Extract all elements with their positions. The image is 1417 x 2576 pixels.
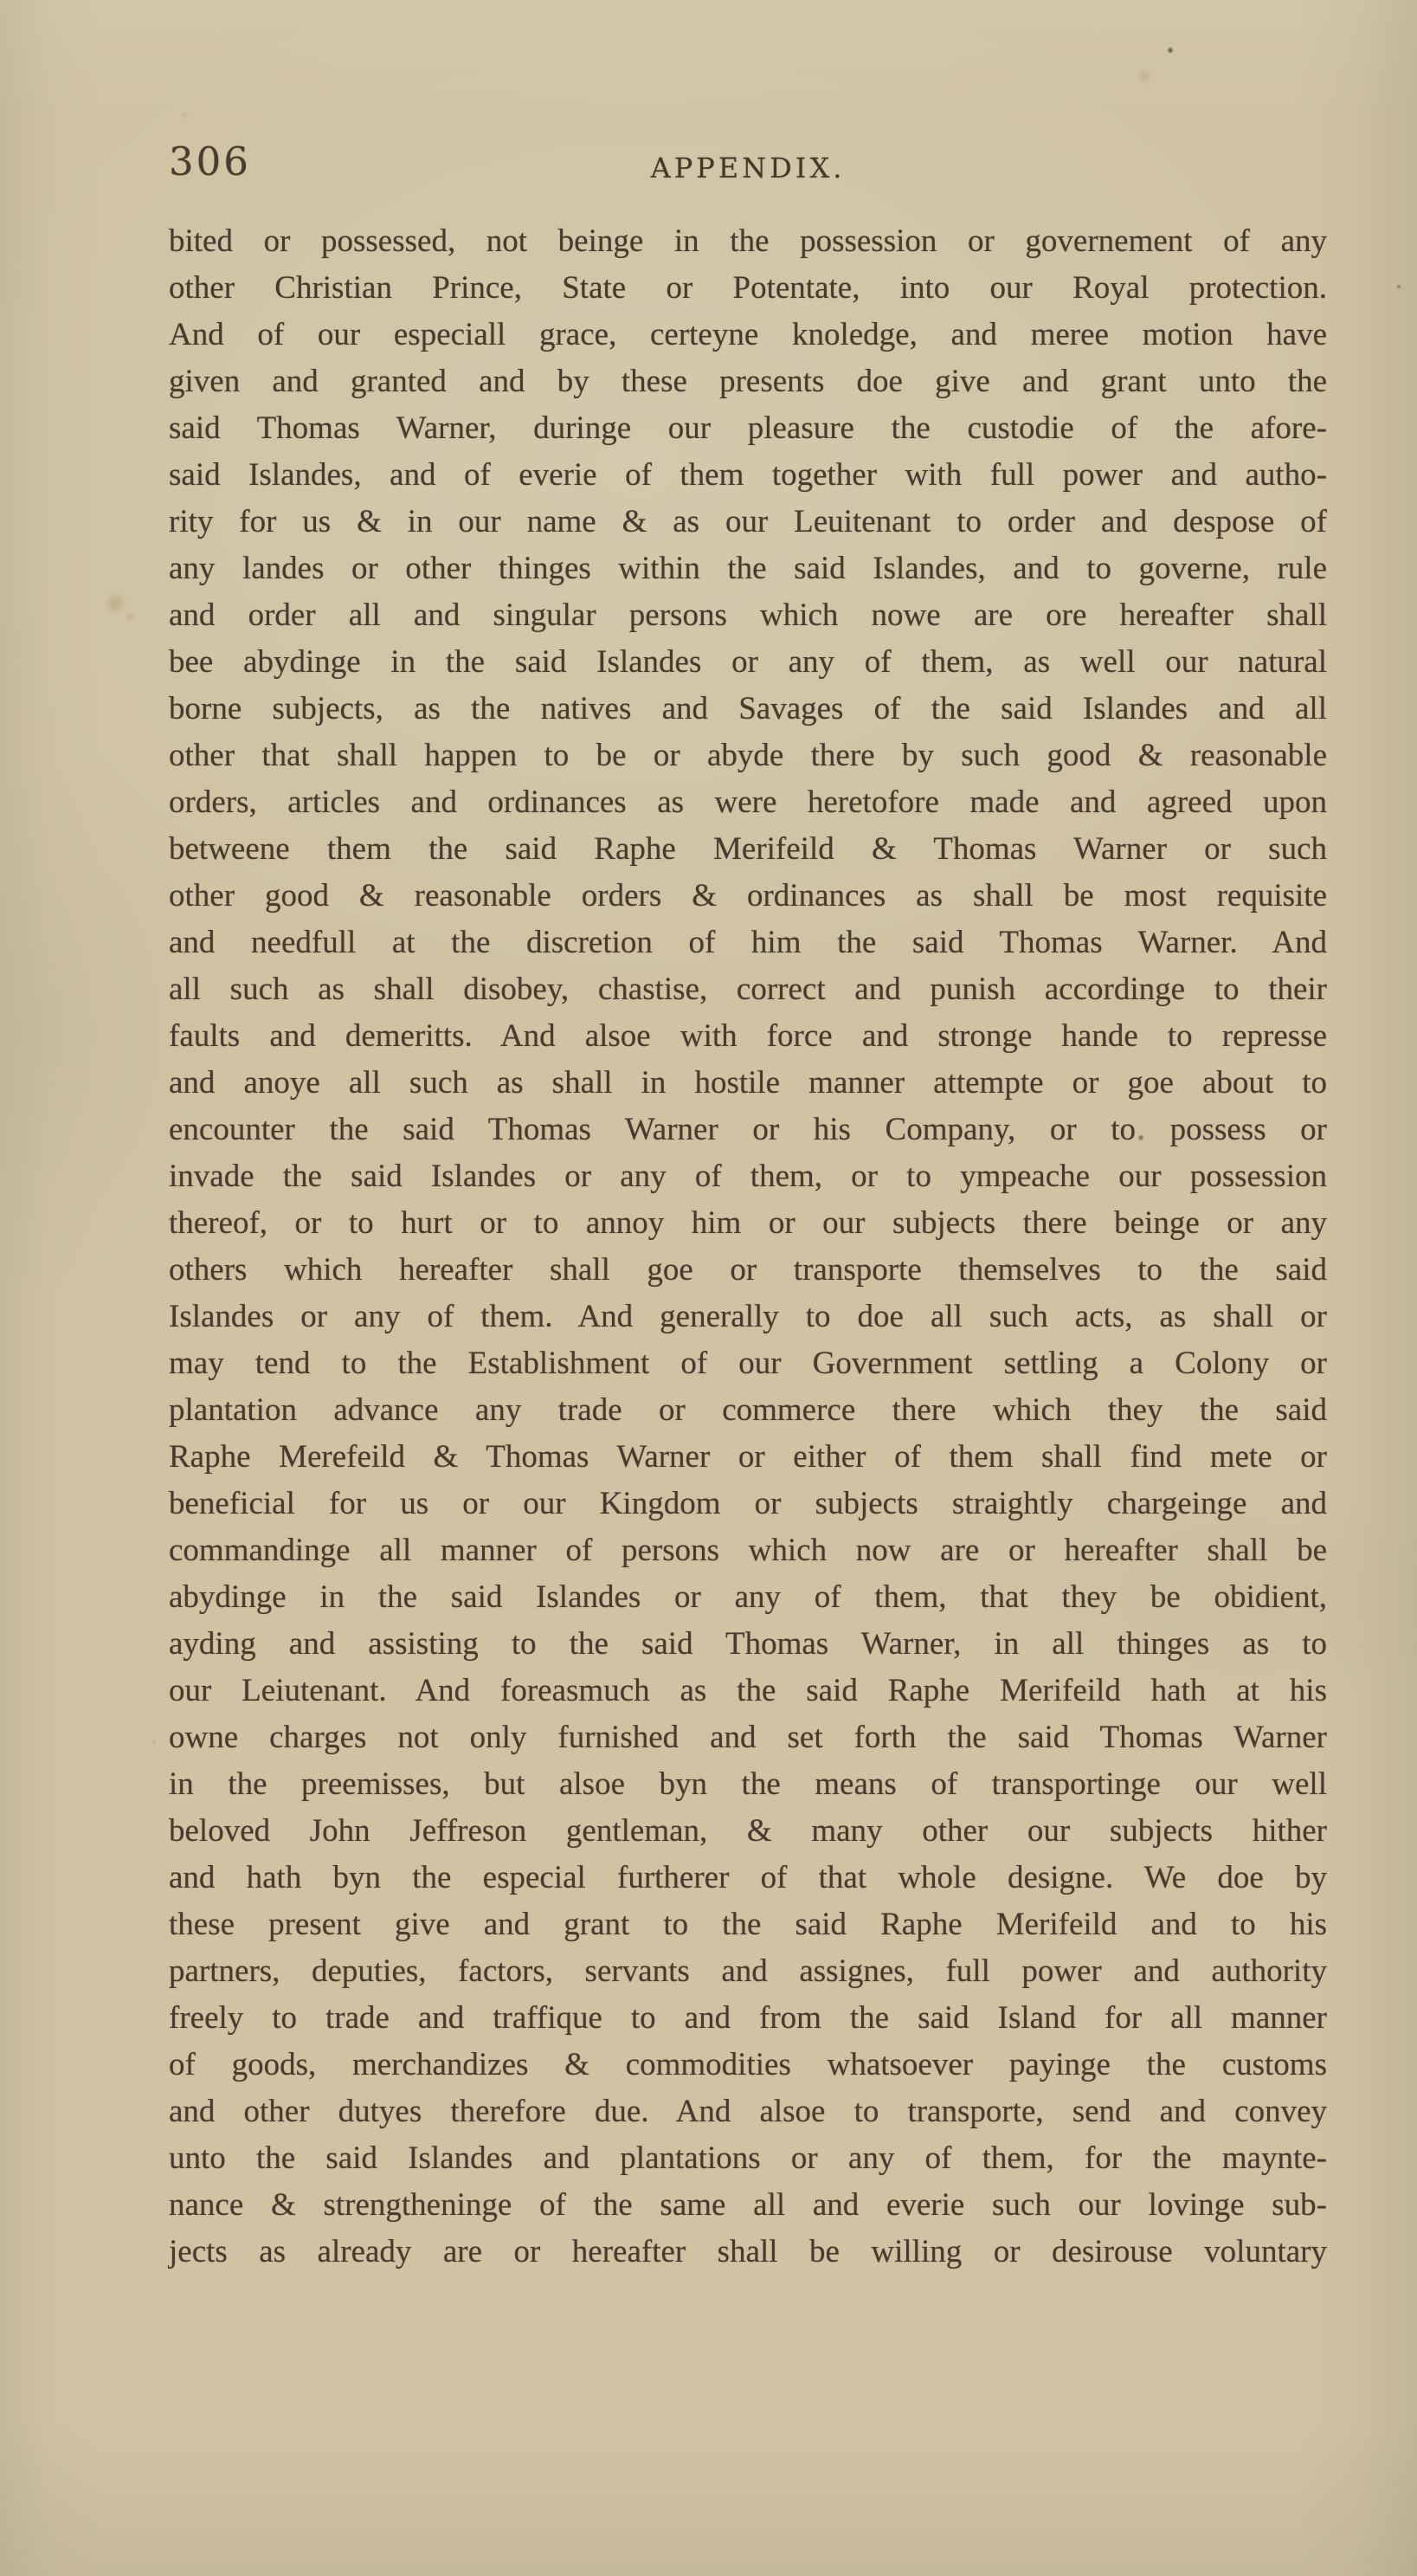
page-header: 306 APPENDIX. bbox=[169, 141, 1327, 193]
text-line: beneficial for us or our Kingdom or subj… bbox=[169, 1481, 1327, 1527]
text-line: other good & reasonable orders & ordinan… bbox=[169, 873, 1327, 920]
text-line: And of our especiall grace, certeyne kno… bbox=[169, 312, 1327, 358]
text-line: bited or possessed, not beinge in the po… bbox=[169, 218, 1327, 265]
text-line: and anoye all such as shall in hostile m… bbox=[169, 1060, 1327, 1107]
text-line: and order all and singular persons which… bbox=[169, 592, 1327, 639]
text-line: partners, deputies, factors, servants an… bbox=[169, 1948, 1327, 1995]
text-line: other that shall happen to be or abyde t… bbox=[169, 733, 1327, 779]
text-line: invade the said Islandes or any of them,… bbox=[169, 1153, 1327, 1200]
text-line: faults and demeritts. And alsoe with for… bbox=[169, 1013, 1327, 1060]
text-line: borne subjects, as the natives and Savag… bbox=[169, 686, 1327, 733]
text-line: orders, articles and ordinances as were … bbox=[169, 779, 1327, 826]
text-line: and hath byn the especial furtherer of t… bbox=[169, 1855, 1327, 1901]
text-line: unto the said Islandes and plantations o… bbox=[169, 2135, 1327, 2182]
text-line: thereof, or to hurt or to annoy him or o… bbox=[169, 1200, 1327, 1247]
text-line: ayding and assisting to the said Thomas … bbox=[169, 1621, 1327, 1668]
text-line: abydinge in the said Islandes or any of … bbox=[169, 1574, 1327, 1621]
text-line: nance & strengtheninge of the same all a… bbox=[169, 2182, 1327, 2229]
text-line: bee abydinge in the said Islandes or any… bbox=[169, 639, 1327, 686]
text-line: beloved John Jeffreson gentleman, & many… bbox=[169, 1808, 1327, 1855]
text-line: may tend to the Establishment of our Gov… bbox=[169, 1340, 1327, 1387]
text-line: in the preemisses, but alsoe byn the mea… bbox=[169, 1761, 1327, 1808]
text-line: betweene them the said Raphe Merifeild &… bbox=[169, 826, 1327, 873]
text-line: our Leiutenant. And foreasmuch as the sa… bbox=[169, 1668, 1327, 1714]
running-header: APPENDIX. bbox=[169, 152, 1327, 184]
text-line: owne charges not only furnished and set … bbox=[169, 1714, 1327, 1761]
text-line: all such as shall disobey, chastise, cor… bbox=[169, 966, 1327, 1013]
text-line: said Thomas Warner, duringe our pleasure… bbox=[169, 405, 1327, 452]
text-line: of goods, merchandizes & commodities wha… bbox=[169, 2042, 1327, 2089]
text-line: freely to trade and traffique to and fro… bbox=[169, 1995, 1327, 2042]
text-line: said Islandes, and of everie of them tog… bbox=[169, 452, 1327, 499]
text-line: these present give and grant to the said… bbox=[169, 1901, 1327, 1948]
text-line: plantation advance any trade or commerce… bbox=[169, 1387, 1327, 1434]
text-line: encounter the said Thomas Warner or his … bbox=[169, 1107, 1327, 1153]
text-line: and other dutyes therefore due. And also… bbox=[169, 2089, 1327, 2135]
scanned-book-page: 306 APPENDIX. bited or possessed, not be… bbox=[0, 0, 1417, 2576]
text-line: Islandes or any of them. And generally t… bbox=[169, 1294, 1327, 1340]
text-line: jects as already are or hereafter shall … bbox=[169, 2229, 1327, 2276]
text-line: any landes or other thinges within the s… bbox=[169, 546, 1327, 592]
page-body-text: bited or possessed, not beinge in the po… bbox=[169, 218, 1327, 2276]
text-line: rity for us & in our name & as our Leuit… bbox=[169, 499, 1327, 546]
text-line: other Christian Prince, State or Potenta… bbox=[169, 265, 1327, 312]
text-line: given and granted and by these presents … bbox=[169, 358, 1327, 405]
text-line: and needfull at the discretion of him th… bbox=[169, 920, 1327, 966]
text-line: Raphe Merefeild & Thomas Warner or eithe… bbox=[169, 1434, 1327, 1481]
text-line: commandinge all manner of persons which … bbox=[169, 1527, 1327, 1574]
text-line: others which hereafter shall goe or tran… bbox=[169, 1247, 1327, 1294]
